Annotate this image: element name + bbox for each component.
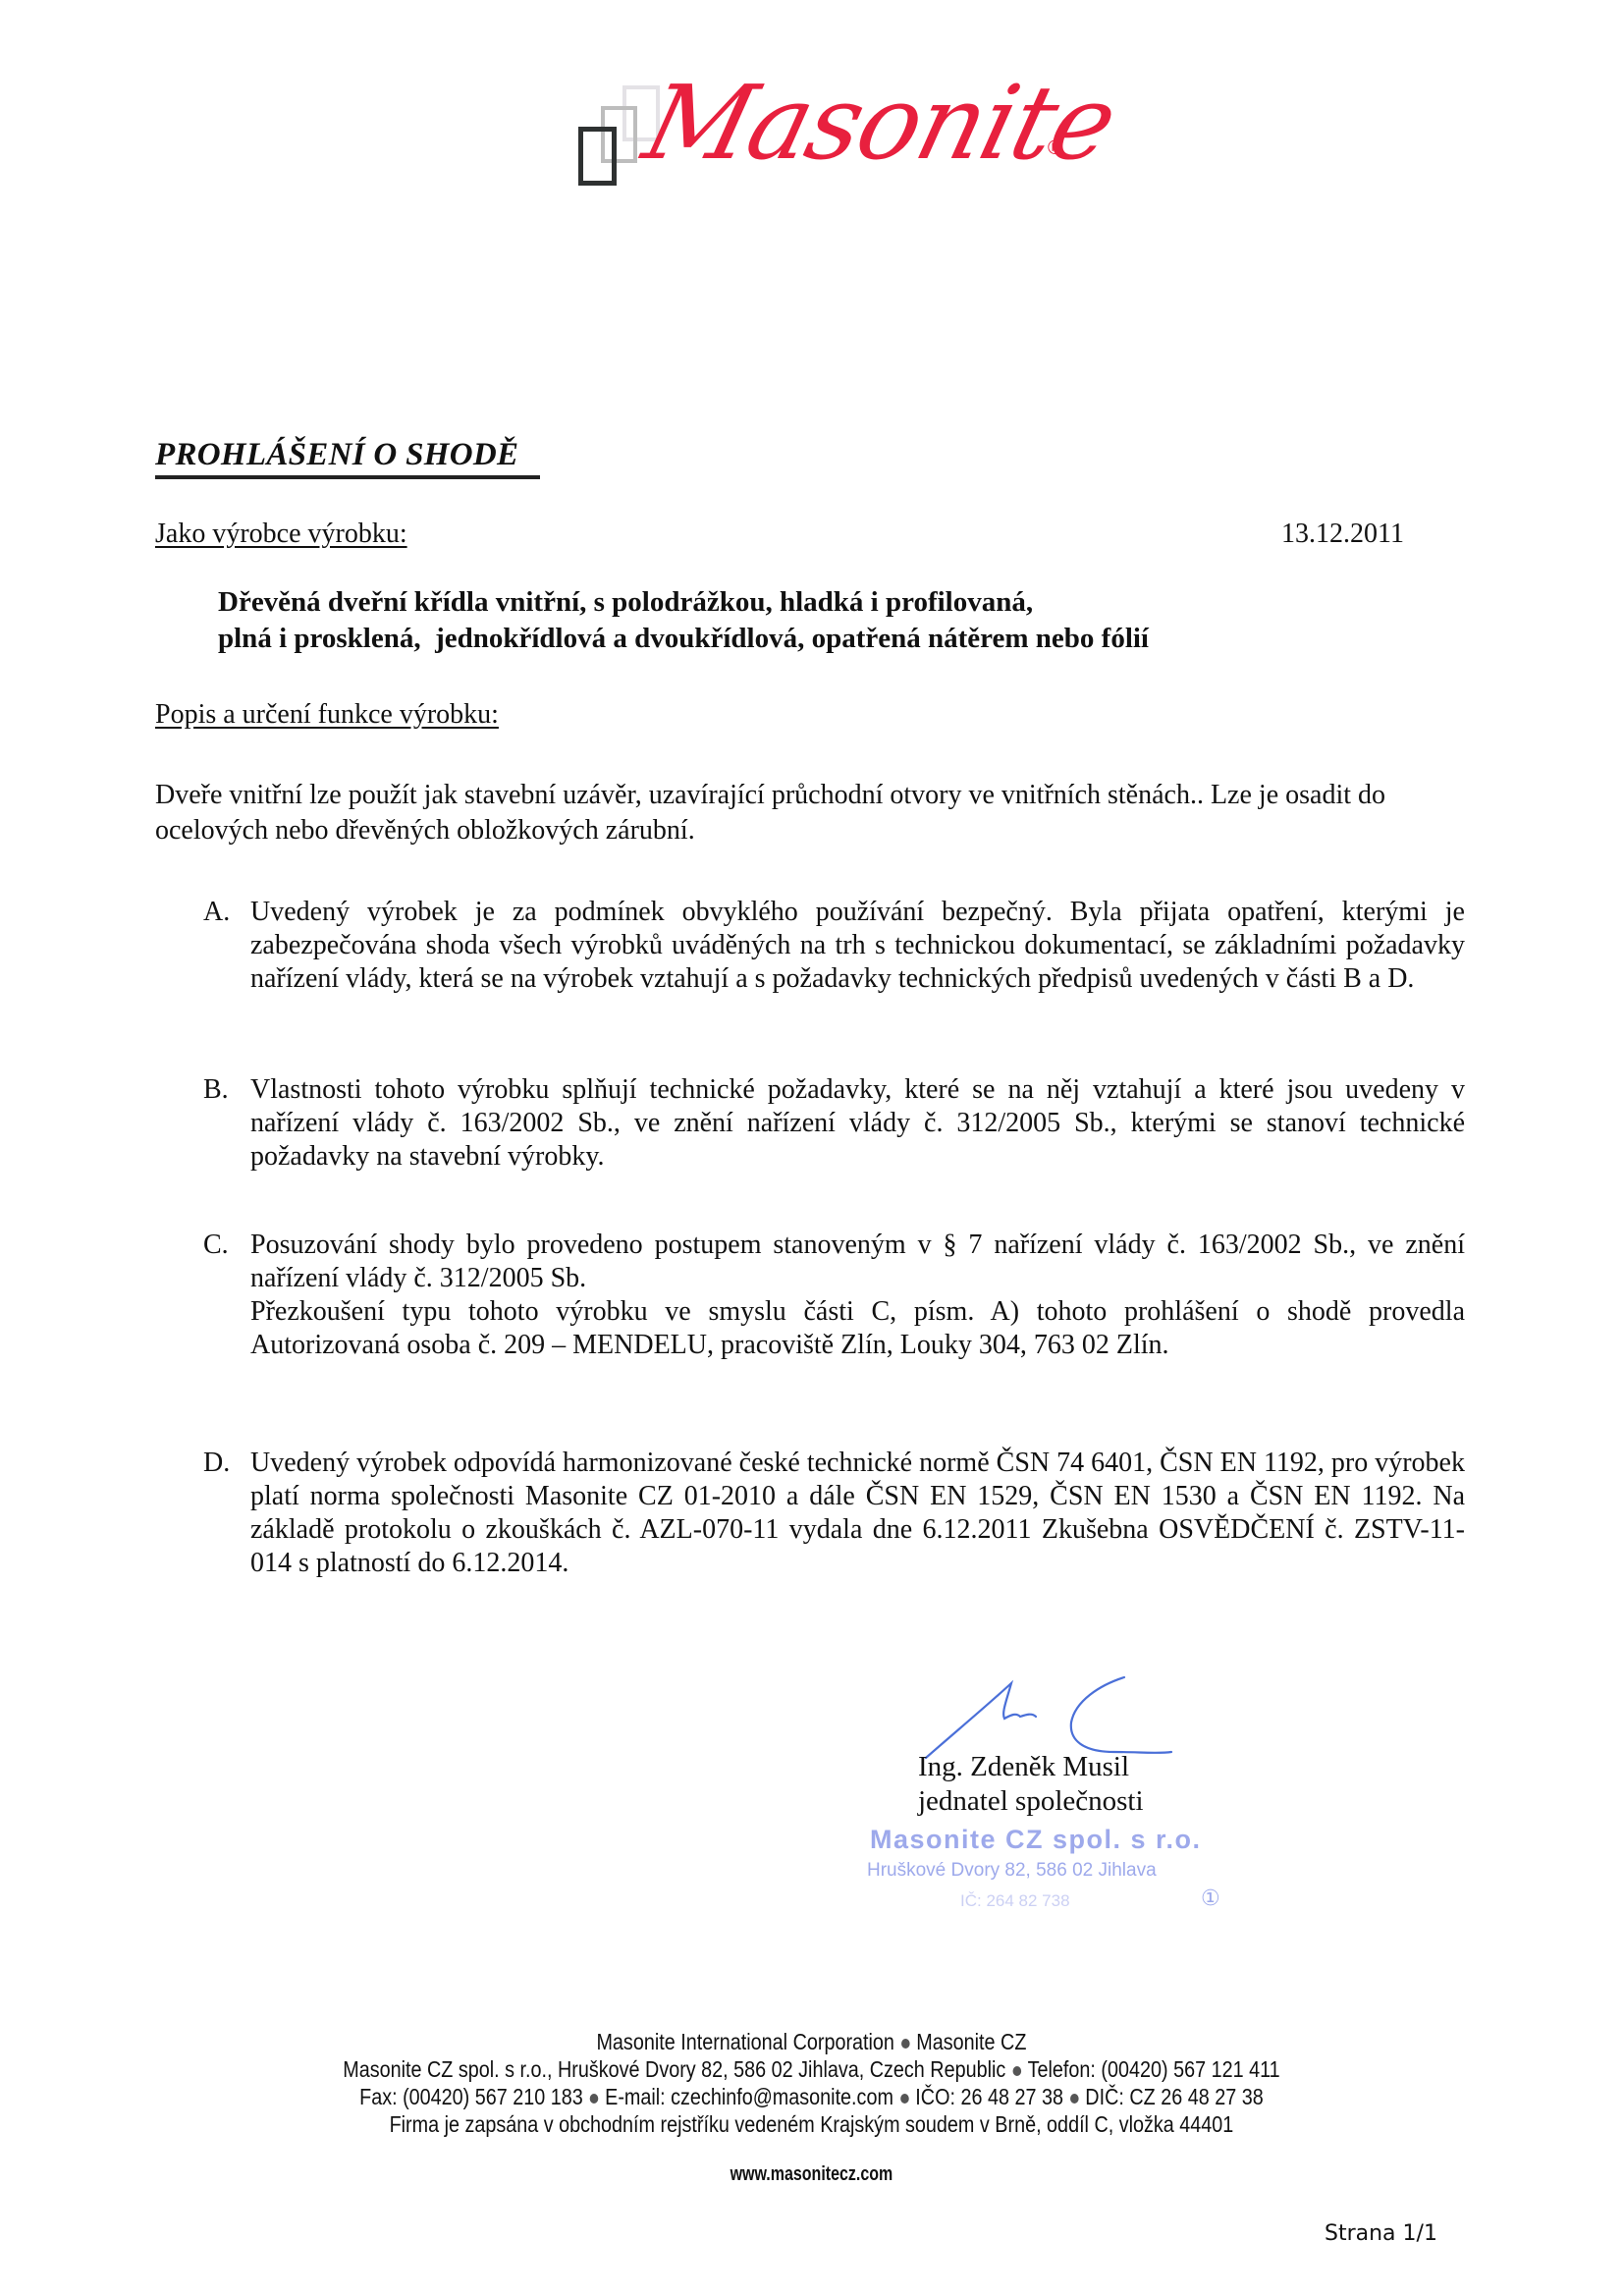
description-label: Popis a určení funkce výrobku: [155, 699, 499, 731]
footer-registry: Firma je zapsána v obchodním rejstříku v… [114, 2110, 1510, 2138]
logo-frame-dark-icon [578, 127, 617, 186]
declaration-item-b: B. Vlastnosti tohoto výrobku splňují tec… [203, 1073, 1465, 1174]
footer-email: E-mail: czechinfo@masonite.com [605, 2084, 893, 2109]
masonite-logo: Masonite ® [574, 81, 1085, 193]
bullet-icon [1012, 2066, 1021, 2076]
bullet-icon [901, 2039, 910, 2049]
bullet-icon [590, 2094, 599, 2104]
description-text: Dveře vnitřní lze použít jak stavební uz… [155, 778, 1471, 848]
footer-ico: IČO: 26 48 27 38 [915, 2084, 1063, 2109]
registered-mark: ® [1048, 137, 1062, 160]
bullet-icon [900, 2094, 909, 2104]
signer-role: jednatel společnosti [918, 1785, 1144, 1818]
item-letter: C. [203, 1229, 229, 1262]
stamp-company: Masonite CZ spol. s r.o. [870, 1825, 1202, 1855]
document-date: 13.12.2011 [1281, 519, 1404, 550]
item-paragraph: Posuzování shody bylo provedeno postupem… [250, 1229, 1465, 1295]
item-paragraph: Vlastnosti tohoto výrobku splňují techni… [250, 1073, 1465, 1174]
product-line: plná i prosklená, jednokřídlová a dvoukř… [218, 623, 1149, 654]
logo-wordmark: Masonite [633, 63, 1126, 183]
signer-name: Ing. Zdeněk Musil [918, 1751, 1129, 1783]
footer-text: Masonite CZ spol. s r.o., Hruškové Dvory… [343, 2056, 1005, 2082]
page-number: Strana 1/1 [1325, 2221, 1437, 2246]
item-paragraph: Uvedený výrobek je za podmínek obvyklého… [250, 896, 1465, 996]
item-paragraph: Uvedený výrobek odpovídá harmonizované č… [250, 1447, 1465, 1580]
stamp-number-mark: ① [1201, 1886, 1220, 1911]
item-letter: D. [203, 1447, 230, 1480]
product-line: Dřevěná dveřní křídla vnitřní, s polodrá… [218, 586, 1033, 618]
footer-line-contact: Fax: (00420) 567 210 183E-mail: czechinf… [114, 2083, 1510, 2110]
item-paragraph: Přezkoušení typu tohoto výrobku ve smysl… [250, 1295, 1465, 1362]
document-title: PROHLÁŠENÍ O SHODĚ [155, 437, 540, 479]
footer-fax: Fax: (00420) 567 210 183 [359, 2084, 583, 2109]
declaration-item-a: A. Uvedený výrobek je za podmínek obvykl… [203, 896, 1465, 996]
product-name: Dřevěná dveřní křídla vnitřní, s polodrá… [218, 584, 1149, 657]
footer-line-address: Masonite CZ spol. s r.o., Hruškové Dvory… [114, 2055, 1510, 2083]
footer-text: Masonite International Corporation [596, 2029, 893, 2054]
item-letter: A. [203, 896, 230, 929]
declaration-item-d: D. Uvedený výrobek odpovídá harmonizovan… [203, 1447, 1465, 1580]
footer-phone: Telefon: (00420) 567 121 411 [1028, 2056, 1280, 2082]
stamp-id: IČ: 264 82 738 [960, 1891, 1070, 1911]
maker-label: Jako výrobce výrobku: [155, 519, 407, 550]
stamp-address: Hruškové Dvory 82, 586 02 Jihlava [867, 1860, 1157, 1882]
footer-dic: DIČ: CZ 26 48 27 38 [1085, 2084, 1263, 2109]
item-letter: B. [203, 1073, 229, 1107]
footer-line-corporation: Masonite International CorporationMasoni… [114, 2028, 1510, 2055]
footer-text: Masonite CZ [916, 2029, 1026, 2054]
website-link[interactable]: www.masonitecz.com [162, 2163, 1460, 2186]
bullet-icon [1070, 2094, 1079, 2104]
declaration-item-c: C. Posuzování shody bylo provedeno postu… [203, 1229, 1465, 1362]
